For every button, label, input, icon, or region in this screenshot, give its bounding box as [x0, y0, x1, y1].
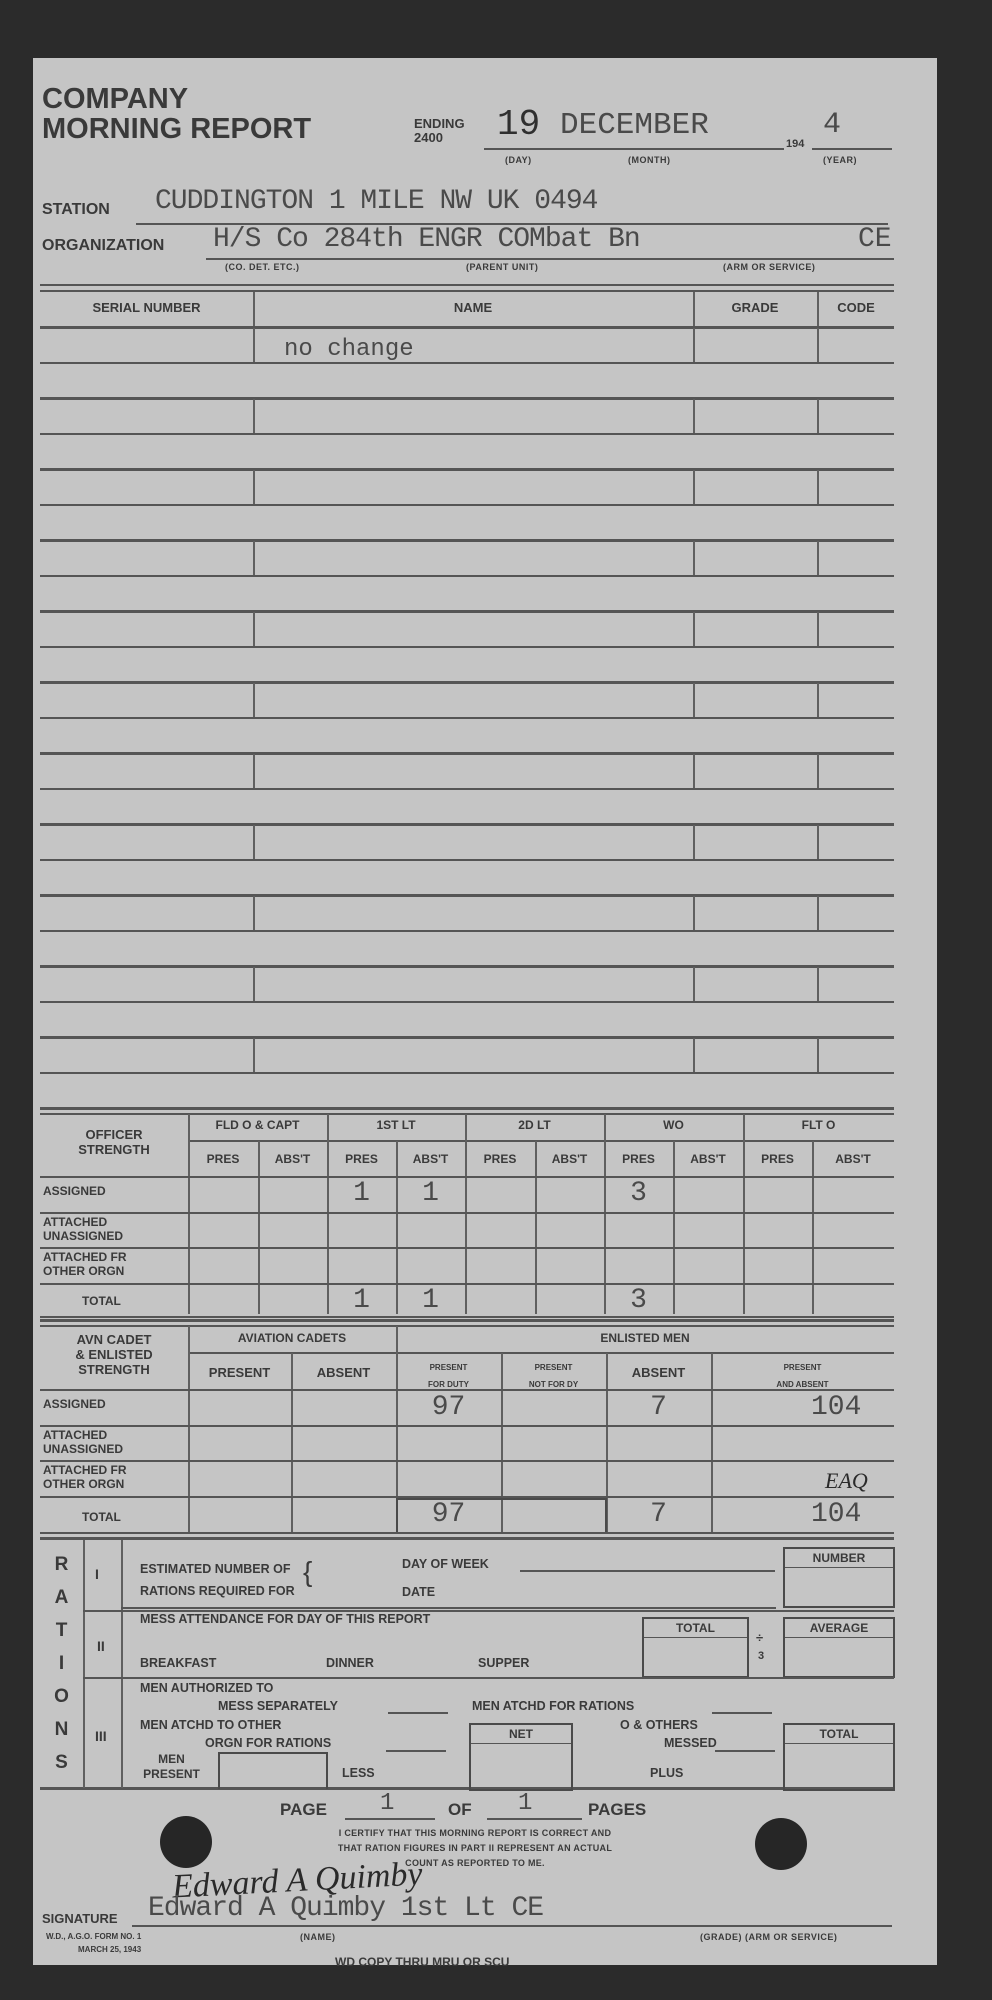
header-col-divider	[693, 292, 695, 326]
row-col-divider	[693, 1038, 695, 1072]
row-col-divider	[693, 825, 695, 859]
ending-text: ENDING	[414, 117, 465, 131]
total-duty-box	[396, 1498, 607, 1534]
signature-label: SIGNATURE	[42, 1911, 118, 1926]
men-authorized-2: MESS SEPARATELY	[218, 1699, 338, 1713]
enlisted-label-2: & ENLISTED	[40, 1347, 188, 1362]
officer-col-divider	[673, 1141, 675, 1314]
enlisted-group-line	[188, 1352, 894, 1354]
enlisted-bottom-line	[40, 1532, 894, 1534]
ending-label: ENDING 2400	[414, 117, 465, 145]
page-number: 1	[380, 1790, 394, 1817]
col-grade: GRADE	[693, 300, 817, 315]
name-table-header-line	[40, 326, 894, 329]
row-line-thin	[40, 646, 894, 648]
row-col-divider	[693, 470, 695, 504]
rations-letter: I	[40, 1647, 83, 1680]
officer-row-label: ASSIGNED	[43, 1184, 106, 1198]
enlisted-row-label: TOTAL	[82, 1510, 121, 1524]
rations-divider-1	[83, 1540, 85, 1788]
men-atchd-other-field[interactable]	[386, 1750, 446, 1752]
officer-group-header: 1ST LT	[327, 1118, 465, 1132]
officer-top-line	[40, 1107, 894, 1110]
row-line-thick	[40, 1036, 894, 1039]
divide-icon: ÷	[756, 1630, 763, 1645]
row-line-thin	[40, 362, 894, 364]
row-col-divider	[817, 399, 819, 433]
mess-total-label: TOTAL	[644, 1619, 747, 1638]
men-authorized-1: MEN AUTHORIZED TO	[140, 1681, 273, 1695]
row-col-divider	[253, 825, 255, 859]
men-present-box[interactable]	[218, 1752, 328, 1789]
name-table-top-line-2	[40, 290, 894, 292]
officer-col-divider	[535, 1141, 537, 1314]
row-col-divider	[253, 470, 255, 504]
organization-service: CE	[858, 224, 892, 255]
officer-sub-header: ABS'T	[258, 1152, 327, 1166]
officer-group-header: WO	[604, 1118, 743, 1132]
station-value: CUDDINGTON 1 MILE NW UK 0494	[155, 186, 597, 217]
row-col-divider	[817, 683, 819, 717]
title-line-1: COMPANY	[42, 84, 311, 114]
officer-bottom-line	[40, 1316, 894, 1318]
officer-sub-header: ABS'T	[673, 1152, 743, 1166]
row-line-thick	[40, 965, 894, 968]
net-label: NET	[471, 1725, 571, 1744]
row-line-thick	[40, 681, 894, 684]
enlisted-sub-header: PRESENTFOR DUTY	[396, 1359, 501, 1393]
day-of-week-field[interactable]	[520, 1570, 775, 1572]
ration-total-box[interactable]: TOTAL	[783, 1723, 895, 1791]
initials-annotation: EAQ	[825, 1468, 868, 1494]
row-col-divider	[253, 683, 255, 717]
enlisted-row-line	[40, 1389, 894, 1391]
form-title: COMPANY MORNING REPORT	[42, 84, 311, 144]
officer-group-header: 2D LT	[465, 1118, 604, 1132]
row-line-thick	[40, 539, 894, 542]
header-col-divider	[817, 292, 819, 326]
officer-value: 1	[396, 1178, 465, 1209]
less-label: LESS	[342, 1766, 375, 1780]
officer-sub-header: PRES	[743, 1152, 812, 1166]
officer-label-2: STRENGTH	[40, 1142, 188, 1157]
row-col-divider	[817, 541, 819, 575]
men-present-1: MEN	[124, 1752, 219, 1767]
row-col-divider	[693, 399, 695, 433]
officer-group-header: FLD O & CAPT	[188, 1118, 327, 1132]
plus-label: PLUS	[650, 1766, 683, 1780]
col-code: CODE	[818, 300, 894, 315]
report-day: 19	[497, 104, 540, 145]
name-caption: (NAME)	[300, 1932, 336, 1942]
row-col-divider	[817, 896, 819, 930]
officer-sub-header: ABS'T	[812, 1152, 894, 1166]
men-atchd-rations-field[interactable]	[712, 1712, 772, 1714]
punch-hole-left	[160, 1816, 212, 1868]
dinner-label: DINNER	[326, 1656, 374, 1670]
aviation-cadets-header: AVIATION CADETS	[188, 1331, 396, 1345]
row-line-thin	[40, 504, 894, 506]
row-line-thin	[40, 717, 894, 719]
of-label: OF	[448, 1800, 472, 1820]
year-underline	[812, 148, 892, 150]
officer-value: 1	[396, 1285, 465, 1316]
row-col-divider	[253, 399, 255, 433]
officer-col-divider	[812, 1141, 814, 1314]
signature-line	[132, 1925, 892, 1927]
row-col-divider	[693, 683, 695, 717]
enlisted-top-line	[40, 1319, 894, 1322]
officer-row-label: ATTACHEDUNASSIGNED	[43, 1215, 123, 1243]
organization-underline	[206, 258, 894, 260]
grade-caption: (GRADE) (ARM OR SERVICE)	[700, 1932, 837, 1942]
enlisted-row-label: ATTACHED FROTHER ORGN	[43, 1463, 127, 1491]
title-line-2: MORNING REPORT	[42, 114, 311, 144]
rations-letter: A	[40, 1581, 83, 1614]
officer-row-label: ATTACHED FROTHER ORGN	[43, 1250, 127, 1278]
part-1-numeral: I	[95, 1566, 99, 1582]
divisor: 3	[758, 1650, 764, 1662]
org-caption-service: (ARM OR SERVICE)	[723, 262, 815, 272]
date-label: DATE	[402, 1585, 435, 1599]
row-col-divider	[253, 612, 255, 646]
officer-value: 3	[604, 1285, 673, 1316]
men-atchd-other-1: MEN ATCHD TO OTHER	[140, 1718, 281, 1732]
row-col-divider	[693, 754, 695, 788]
rations-letter: T	[40, 1614, 83, 1647]
enlisted-col-divider	[711, 1353, 713, 1532]
officer-sub-header: PRES	[327, 1152, 396, 1166]
row-line-thin	[40, 930, 894, 932]
rations-bottom-line	[40, 1787, 894, 1790]
page-total: 1	[518, 1790, 532, 1817]
o-others-field[interactable]	[715, 1750, 775, 1752]
mess-separately-field[interactable]	[388, 1712, 448, 1714]
officer-sub-header: PRES	[188, 1152, 258, 1166]
row-line-thick	[40, 468, 894, 471]
page-label: PAGE	[280, 1800, 327, 1820]
no-change-entry: no change	[284, 336, 414, 363]
rations-letter: R	[40, 1548, 83, 1581]
supper-label: SUPPER	[478, 1656, 529, 1670]
officer-value: 1	[327, 1178, 396, 1209]
part-1-bottom-line	[121, 1607, 776, 1609]
number-box-label: NUMBER	[785, 1549, 893, 1568]
row-line-thin	[40, 1072, 894, 1074]
row-col-divider	[253, 1038, 255, 1072]
enlisted-row-label: ATTACHEDUNASSIGNED	[43, 1428, 123, 1456]
rations-top-line	[40, 1537, 894, 1540]
breakfast-label: BREAKFAST	[140, 1656, 216, 1670]
o-others-2: MESSED	[664, 1736, 717, 1750]
enlisted-row-line	[40, 1460, 894, 1462]
part-3-numeral: III	[95, 1728, 107, 1744]
officer-group-line	[188, 1140, 894, 1142]
organization-label: ORGANIZATION	[42, 237, 164, 255]
mess-total-box[interactable]: TOTAL	[642, 1617, 749, 1678]
row-line-thick	[40, 823, 894, 826]
rations-divider-2	[121, 1540, 123, 1788]
ending-time: 2400	[414, 131, 465, 145]
row-line-thin	[40, 1001, 894, 1003]
enlisted-sub-header: PRESENT	[188, 1366, 291, 1380]
org-caption-co: (CO. DET. ETC.)	[225, 262, 300, 272]
row-col-divider	[253, 541, 255, 575]
officer-row-line	[40, 1212, 894, 1214]
enlisted-value: 104	[811, 1499, 861, 1530]
enlisted-row-line	[40, 1425, 894, 1427]
pages-label: PAGES	[588, 1800, 646, 1820]
row-line-thin	[40, 433, 894, 435]
col-serial-number: SERIAL NUMBER	[40, 300, 253, 315]
certify-line-2: THAT RATION FIGURES IN PART II REPRESENT…	[240, 1841, 710, 1856]
station-label: STATION	[42, 201, 110, 219]
men-present-label: MEN PRESENT	[124, 1752, 219, 1782]
officer-row-label: TOTAL	[82, 1294, 121, 1308]
officer-value: 1	[327, 1285, 396, 1316]
row-line-thin	[40, 788, 894, 790]
row-line-thick	[40, 397, 894, 400]
row-col-divider	[253, 754, 255, 788]
average-box[interactable]: AVERAGE	[783, 1617, 895, 1678]
row-col-divider	[693, 541, 695, 575]
men-atchd-rations-label: MEN ATCHD FOR RATIONS	[472, 1699, 634, 1713]
organization-value: H/S Co 284th ENGR COMbat Bn	[213, 224, 640, 255]
o-others-1: O & OTHERS	[620, 1718, 698, 1732]
enlisted-value: 7	[606, 1392, 711, 1423]
row-col-divider	[817, 612, 819, 646]
officer-sub-header: PRES	[604, 1152, 673, 1166]
average-label: AVERAGE	[785, 1619, 893, 1638]
row-col-divider	[817, 967, 819, 1001]
row-col-divider	[817, 1038, 819, 1072]
ration-total-label: TOTAL	[785, 1725, 893, 1744]
row-col-divider	[253, 328, 255, 362]
enlisted-row-label: ASSIGNED	[43, 1397, 106, 1411]
enlisted-strength-label: AVN CADET & ENLISTED STRENGTH	[40, 1332, 188, 1377]
form-date: MARCH 25, 1943	[78, 1945, 141, 1954]
typed-signature-name: Edward A Quimby 1st Lt CE	[148, 1893, 543, 1924]
page-field	[345, 1818, 435, 1820]
row-line-thick	[40, 894, 894, 897]
part-1-line-1: ESTIMATED NUMBER OF	[140, 1558, 295, 1580]
row-col-divider	[817, 825, 819, 859]
enlisted-value: 97	[396, 1392, 501, 1423]
enlisted-sub-header: ABSENT	[291, 1366, 396, 1380]
number-box[interactable]: NUMBER	[783, 1547, 895, 1608]
part-1-label: ESTIMATED NUMBER OF RATIONS REQUIRED FOR	[140, 1558, 295, 1602]
punch-hole-right	[755, 1818, 807, 1870]
row-col-divider	[693, 328, 695, 362]
date-underline	[484, 148, 784, 150]
enlisted-label-1: AVN CADET	[40, 1332, 188, 1347]
header-col-divider	[253, 292, 255, 326]
copy-note: WD COPY THRU MRU OR SCU	[335, 1955, 509, 1969]
row-col-divider	[693, 967, 695, 1001]
officer-sub-header: ABS'T	[535, 1152, 604, 1166]
row-col-divider	[817, 328, 819, 362]
row-col-divider	[253, 967, 255, 1001]
enlisted-sub-header: PRESENTNOT FOR DY	[501, 1359, 606, 1393]
name-table-top-line	[40, 284, 894, 286]
officer-top-line-2	[40, 1113, 894, 1115]
report-year-digit: 4	[823, 108, 841, 142]
brace-icon: {	[303, 1556, 312, 1588]
year-prefix: 194	[786, 138, 804, 150]
enlisted-sub-header: ABSENT	[606, 1366, 711, 1380]
officer-strength-label: OFFICER STRENGTH	[40, 1127, 188, 1157]
row-line-thick	[40, 610, 894, 613]
part-2-separator	[83, 1677, 894, 1679]
enlisted-value: 104	[811, 1392, 861, 1423]
rations-letter: N	[40, 1713, 83, 1746]
officer-sub-header: PRES	[465, 1152, 535, 1166]
net-box[interactable]: NET	[469, 1723, 573, 1791]
page-total-field	[487, 1818, 582, 1820]
row-col-divider	[817, 754, 819, 788]
men-atchd-other-2: ORGN FOR RATIONS	[205, 1736, 331, 1750]
officer-row-line	[40, 1176, 894, 1178]
officer-sub-header: ABS'T	[396, 1152, 465, 1166]
year-caption: (YEAR)	[823, 155, 857, 165]
officer-row-line	[40, 1247, 894, 1249]
day-caption: (DAY)	[505, 155, 532, 165]
form-number: W.D., A.G.O. FORM NO. 1	[46, 1932, 141, 1941]
officer-value: 3	[604, 1178, 673, 1209]
enlisted-men-header: ENLISTED MEN	[396, 1331, 894, 1345]
enlisted-value: 7	[606, 1499, 711, 1530]
row-col-divider	[253, 896, 255, 930]
officer-label-1: OFFICER	[40, 1127, 188, 1142]
part-2-numeral: II	[97, 1638, 105, 1654]
row-line-thin	[40, 859, 894, 861]
row-col-divider	[817, 470, 819, 504]
org-caption-parent: (PARENT UNIT)	[466, 262, 538, 272]
certify-line-1: I CERTIFY THAT THIS MORNING REPORT IS CO…	[240, 1826, 710, 1841]
row-col-divider	[693, 612, 695, 646]
rations-letter: S	[40, 1746, 83, 1779]
row-line-thick	[40, 752, 894, 755]
row-col-divider	[693, 896, 695, 930]
men-present-2: PRESENT	[124, 1767, 219, 1782]
rations-letter: O	[40, 1680, 83, 1713]
enlisted-label-3: STRENGTH	[40, 1362, 188, 1377]
officer-col-divider	[258, 1141, 260, 1314]
officer-group-header: FLT O	[743, 1118, 894, 1132]
rations-vertical-label: RATIONS	[40, 1548, 83, 1779]
day-of-week-label: DAY OF WEEK	[402, 1557, 489, 1571]
enlisted-top-line-2	[40, 1325, 894, 1327]
enlisted-sub-header: PRESENTAND ABSENT	[711, 1359, 894, 1393]
enlisted-col-divider	[188, 1326, 190, 1532]
month-caption: (MONTH)	[628, 155, 671, 165]
report-month: DECEMBER	[560, 108, 709, 143]
part-1-line-2: RATIONS REQUIRED FOR	[140, 1580, 295, 1602]
enlisted-col-divider	[291, 1353, 293, 1532]
mess-attendance-title: MESS ATTENDANCE FOR DAY OF THIS REPORT	[140, 1612, 430, 1626]
officer-row-line	[40, 1283, 894, 1285]
col-name: NAME	[254, 300, 692, 315]
row-line-thin	[40, 575, 894, 577]
